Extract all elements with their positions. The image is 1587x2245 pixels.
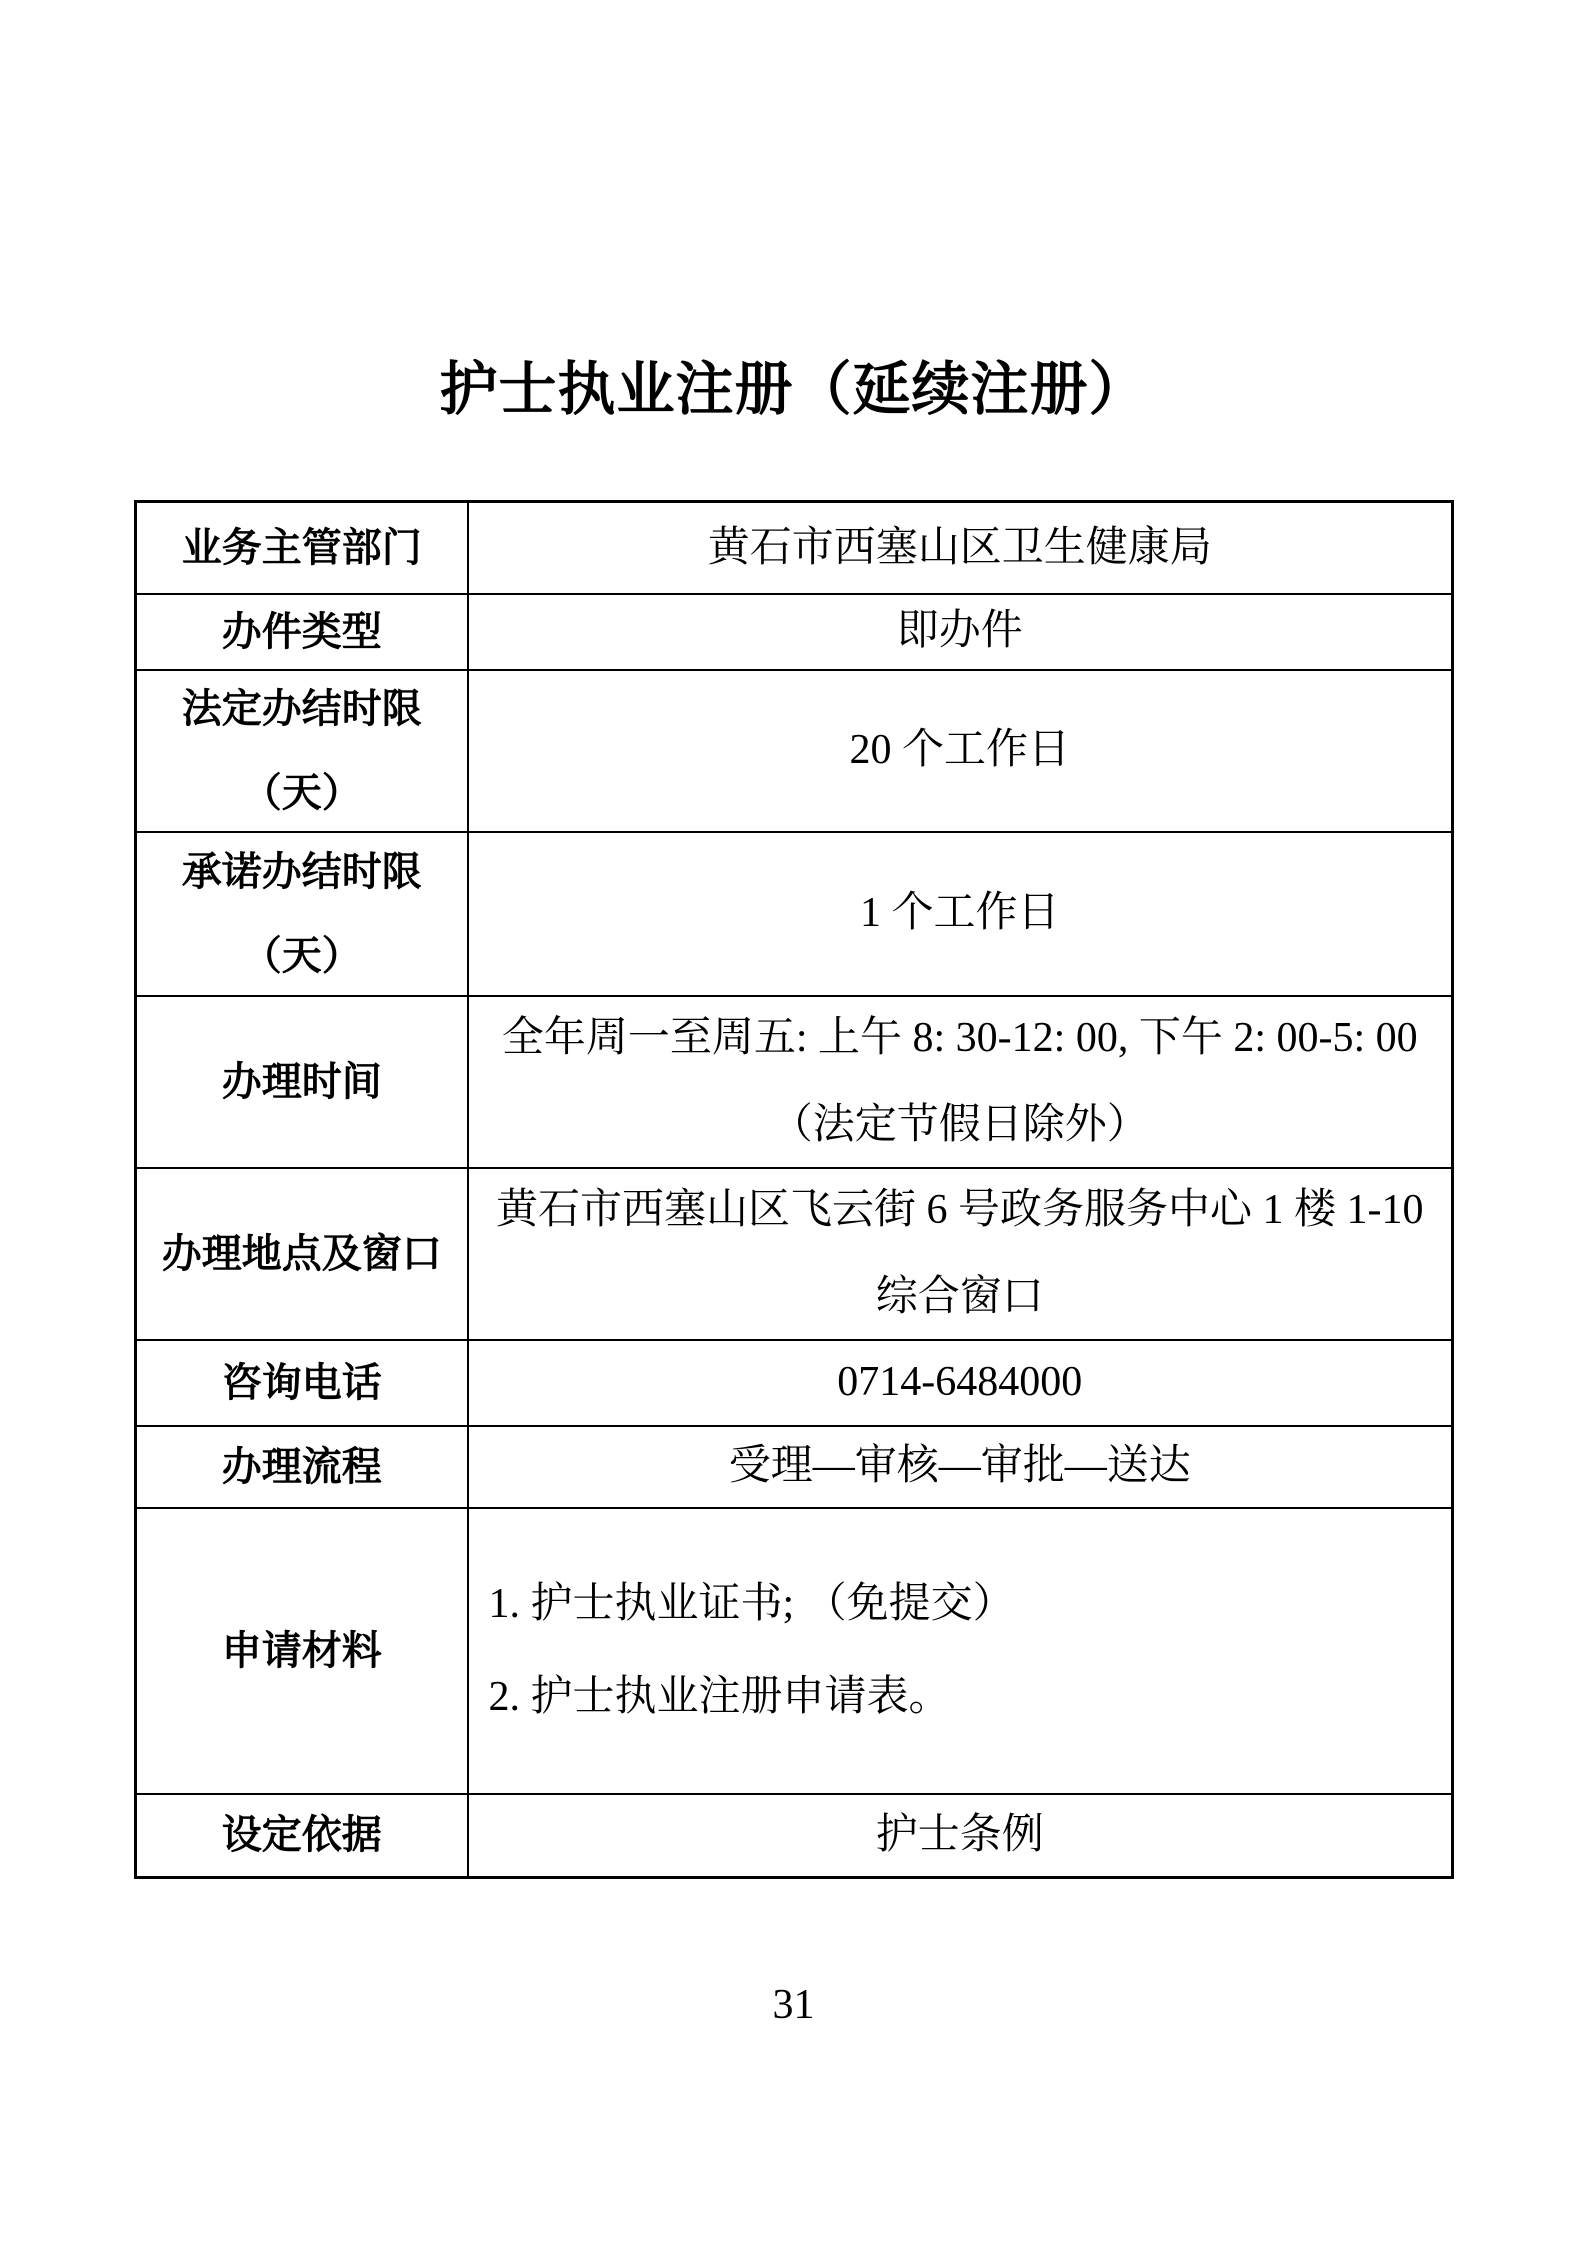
row-label: 法定办结时限 (182, 686, 422, 732)
row-value-line2: 综合窗口 (876, 1273, 1044, 1321)
row-label-cell: 业务主管部门 (136, 502, 468, 594)
row-label: 承诺办结时限 (182, 849, 422, 895)
table-row-process-flow: 办理流程 受理—审核—审批—送达 (136, 1426, 1453, 1508)
document-page: 护士执业注册（延续注册） 业务主管部门 黄石市西塞山区卫生健康局 办件类型 即办… (0, 0, 1587, 2245)
page-title: 护士执业注册（延续注册） (0, 361, 1587, 419)
table-row-supervising-department: 业务主管部门 黄石市西塞山区卫生健康局 (136, 502, 1453, 594)
row-value: 0714-6484000 (837, 1358, 1082, 1406)
row-label-line2: （天） (242, 770, 362, 816)
row-value-cell: 0714-6484000 (468, 1340, 1453, 1426)
row-value: 全年周一至周五: 上午 8: 30-12: 00, 下午 2: 00-5: 00 (502, 1014, 1418, 1062)
row-label-cell: 办理流程 (136, 1426, 468, 1508)
row-label: 办理流程 (222, 1444, 382, 1490)
row-value-line2: 2. 护士执业注册申请表。 (489, 1673, 951, 1721)
row-label: 办理时间 (222, 1059, 382, 1105)
row-value: 1. 护士执业证书; （免提交） (489, 1580, 1015, 1628)
table-row-legal-basis: 设定依据 护士条例 (136, 1794, 1453, 1878)
row-label: 办理地点及窗口 (162, 1231, 442, 1277)
row-value: 黄石市西塞山区卫生健康局 (708, 524, 1212, 572)
row-label-cell: 咨询电话 (136, 1340, 468, 1426)
table-row-application-materials: 申请材料 1. 护士执业证书; （免提交） 2. 护士执业注册申请表。 (136, 1508, 1453, 1794)
row-value-cell: 1 个工作日 (468, 832, 1453, 996)
row-value: 黄石市西塞山区飞云街 6 号政务服务中心 1 楼 1-10 (496, 1186, 1424, 1234)
row-label-cell: 办理地点及窗口 (136, 1168, 468, 1340)
row-label-cell: 申请材料 (136, 1508, 468, 1794)
row-label-cell: 承诺办结时限 （天） (136, 832, 468, 996)
row-value-cell: 黄石市西塞山区飞云街 6 号政务服务中心 1 楼 1-10 综合窗口 (468, 1168, 1453, 1340)
row-value-cell: 即办件 (468, 594, 1453, 670)
row-label: 咨询电话 (222, 1360, 382, 1406)
row-value: 1 个工作日 (860, 889, 1060, 937)
row-value-cell: 受理—审核—审批—送达 (468, 1426, 1453, 1508)
row-value-cell: 1. 护士执业证书; （免提交） 2. 护士执业注册申请表。 (468, 1508, 1453, 1794)
row-label: 办件类型 (222, 609, 382, 655)
table-row-item-type: 办件类型 即办件 (136, 594, 1453, 670)
table-row-statutory-time-limit: 法定办结时限 （天） 20 个工作日 (136, 670, 1453, 832)
row-label-cell: 法定办结时限 （天） (136, 670, 468, 832)
row-value-cell: 护士条例 (468, 1794, 1453, 1878)
row-label: 业务主管部门 (182, 525, 422, 571)
row-value: 受理—审核—审批—送达 (729, 1442, 1191, 1490)
row-label-cell: 办件类型 (136, 594, 468, 670)
row-value-cell: 黄石市西塞山区卫生健康局 (468, 502, 1453, 594)
row-value-cell: 全年周一至周五: 上午 8: 30-12: 00, 下午 2: 00-5: 00… (468, 996, 1453, 1168)
service-info-table: 业务主管部门 黄石市西塞山区卫生健康局 办件类型 即办件 法定办结时限 (134, 500, 1454, 1879)
row-label-line2: （天） (242, 933, 362, 979)
page-number: 31 (0, 1984, 1587, 2026)
row-value-line2: （法定节假日除外） (771, 1101, 1149, 1149)
table-row-service-hours: 办理时间 全年周一至周五: 上午 8: 30-12: 00, 下午 2: 00-… (136, 996, 1453, 1168)
table-row-location-window: 办理地点及窗口 黄石市西塞山区飞云街 6 号政务服务中心 1 楼 1-10 综合… (136, 1168, 1453, 1340)
row-value: 护士条例 (876, 1811, 1044, 1859)
row-label-cell: 办理时间 (136, 996, 468, 1168)
row-value: 20 个工作日 (849, 726, 1070, 774)
row-value: 即办件 (897, 607, 1023, 655)
row-label-cell: 设定依据 (136, 1794, 468, 1878)
row-label: 设定依据 (222, 1812, 382, 1858)
row-label: 申请材料 (222, 1628, 382, 1674)
row-value-cell: 20 个工作日 (468, 670, 1453, 832)
table-row-inquiry-phone: 咨询电话 0714-6484000 (136, 1340, 1453, 1426)
table-row-promised-time-limit: 承诺办结时限 （天） 1 个工作日 (136, 832, 1453, 996)
